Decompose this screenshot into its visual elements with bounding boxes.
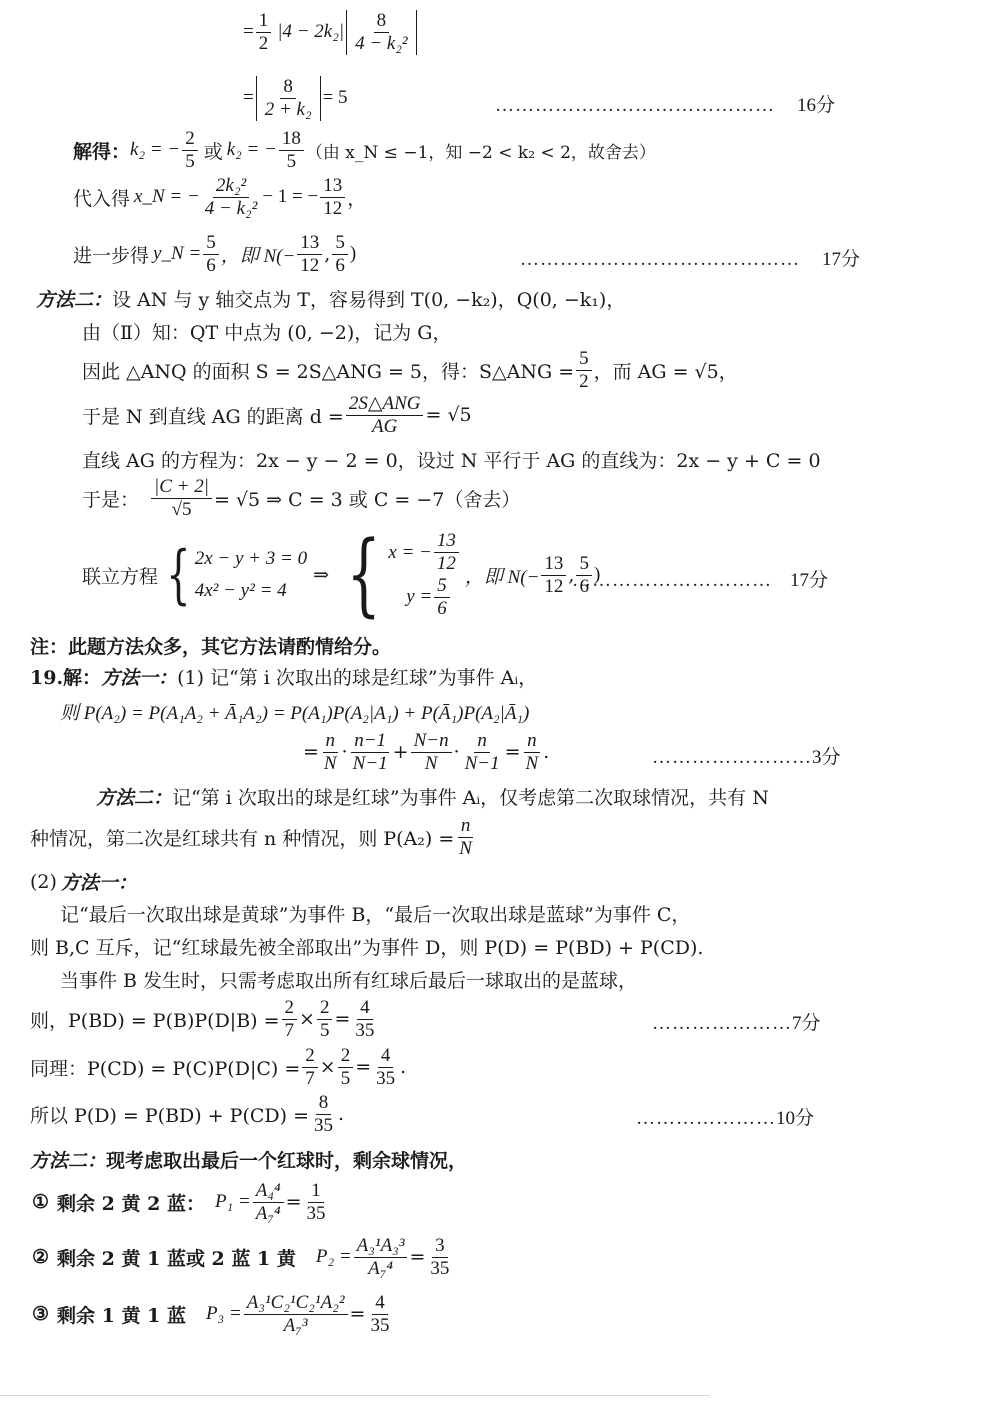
case-1: ① 剩余 2 黄 2 蓝： P₁ = A₄⁴A₇⁴ = 135 [32, 1180, 331, 1225]
part2-line-5: 同理：P(CD) = P(C)P(D|C) = 27 × 25 = 435 . [30, 1045, 406, 1090]
part2-line-2: 则 B,C 互斥，记“红球最先被全部取出”为事件 D，则 P(D) = P(BD… [30, 933, 703, 960]
case-2: ② 剩余 2 黄 1 蓝或 2 蓝 1 黄 P₂ = A₃¹A₃³A₇⁴ = 3… [32, 1235, 454, 1280]
q19-line-2: 则 P(A₂) = P(A₁A₂ + Ā₁A₂) = P(A₁)P(A₂|A₁)… [60, 698, 529, 725]
abs-fraction: 82 + k₂ [256, 76, 321, 121]
q19-method2-line-1: 方法二： 记“第 i 次取出的球是红球”为事件 Aᵢ，仅考虑第二次取球情况，共有… [96, 783, 769, 810]
note-text: （由 x_N ≤ −1，知 −2 < k₂ < 2，故舍去） [306, 138, 656, 163]
method2-line-7: 联立方程 { 2x − y + 3 = 04x² − y² = 4 ⇒ { x … [82, 530, 600, 620]
area-line-1: = 12 |4 − 2k₂| 84 − k₂² [243, 10, 419, 55]
part2-line-6: 所以 P(D) = P(BD) + P(CD) = 835 . [30, 1092, 344, 1137]
equals-sign: = [243, 21, 254, 43]
q19-method2-line-2: 种情况，第二次是红球共有 n 种情况，则 P(A₂) = nN [30, 815, 477, 860]
abs-4-minus-2k2: |4 − 2k₂| [277, 21, 344, 43]
grading-note: 注：此题方法众多，其它方法请酌情给分。 [30, 632, 391, 659]
equation-system-right: { x = −1312 y =56 [335, 530, 461, 620]
part2-header: (2) 方法一： [30, 868, 137, 895]
method2-line-4: 于是 N 到直线 AG 的距离 d = 2S△ANGAG = √5 [82, 393, 472, 438]
fraction-half: 12 [256, 10, 272, 55]
score-3: ……………………3分 [652, 742, 841, 769]
area-line-2: = 82 + k₂ = 5 [243, 76, 348, 121]
method2-line-5: 直线 AG 的方程为：2x − y − 2 = 0，设过 N 平行于 AG 的直… [82, 446, 821, 473]
page-bottom-rule [0, 1395, 710, 1396]
score-7: …………………7分 [652, 1008, 821, 1035]
case-3: ③ 剩余 1 黄 1 蓝 P₃ = A₃¹C₂¹C₂¹A₂²A₇³ = 435 [32, 1292, 394, 1337]
subst-xn-line: 代入得 x_N = − 2k₂²4 − k₂² − 1 = − 1312 ， [73, 175, 366, 220]
label: 解得： [73, 137, 130, 164]
score-17a: ……………………………………17分 [520, 244, 860, 271]
method2-line-3: 因此 △ANQ 的面积 S = 2S△ANG = 5，得：S△ANG = 52 … [82, 348, 738, 393]
part2-method2: 方法二： 现考虑取出最后一个红球时，剩余球情况， [30, 1146, 467, 1173]
q19-line-3: = nN · n−1N−1 + N−nN · nN−1 = nN . [303, 730, 549, 775]
method2-line-1: 方法二： 设 AN 与 y 轴交点为 T，容易得到 T(0, −k₂)，Q(0,… [36, 285, 625, 312]
score-10: …………………10分 [636, 1103, 814, 1130]
score-17b: …………………………17分 [572, 565, 828, 592]
abs-fraction: 84 − k₂² [346, 10, 417, 55]
score-16: ……………………………………16分 [495, 90, 835, 117]
method2-line-6: 于是： |C + 2|√5 = √5 ⇒ C = 3 或 C = −7（舍去） [82, 476, 520, 521]
part2-line-1: 记“最后一次取出球是黄球”为事件 B，“最后一次取出球是蓝球”为事件 C， [60, 900, 690, 927]
result-value: = 5 [323, 87, 348, 109]
equals-sign: = [243, 87, 254, 109]
solve-k2-line: 解得： k₂ = − 25 或 k₂ = − 185 （由 x_N ≤ −1，知… [73, 128, 656, 173]
equation-system-left: { 2x − y + 3 = 04x² − y² = 4 [158, 543, 307, 608]
q19-line-1: 19.解： 方法一： (1) 记“第 i 次取出的球是红球”为事件 Aᵢ， [30, 663, 537, 690]
part2-line-4: 则，P(BD) = P(B)P(D|B) = 27 × 25 = 435 [30, 997, 379, 1042]
method2-line-2: 由（Ⅱ）知：QT 中点为 (0, −2)，记为 G， [82, 318, 451, 345]
further-yn-line: 进一步得 y_N = 56 ，即 N(− 1312 , 56 ) [73, 232, 356, 277]
part2-line-3: 当事件 B 发生时，只需考虑取出所有红球后最后一球取出的是蓝球， [60, 966, 637, 993]
